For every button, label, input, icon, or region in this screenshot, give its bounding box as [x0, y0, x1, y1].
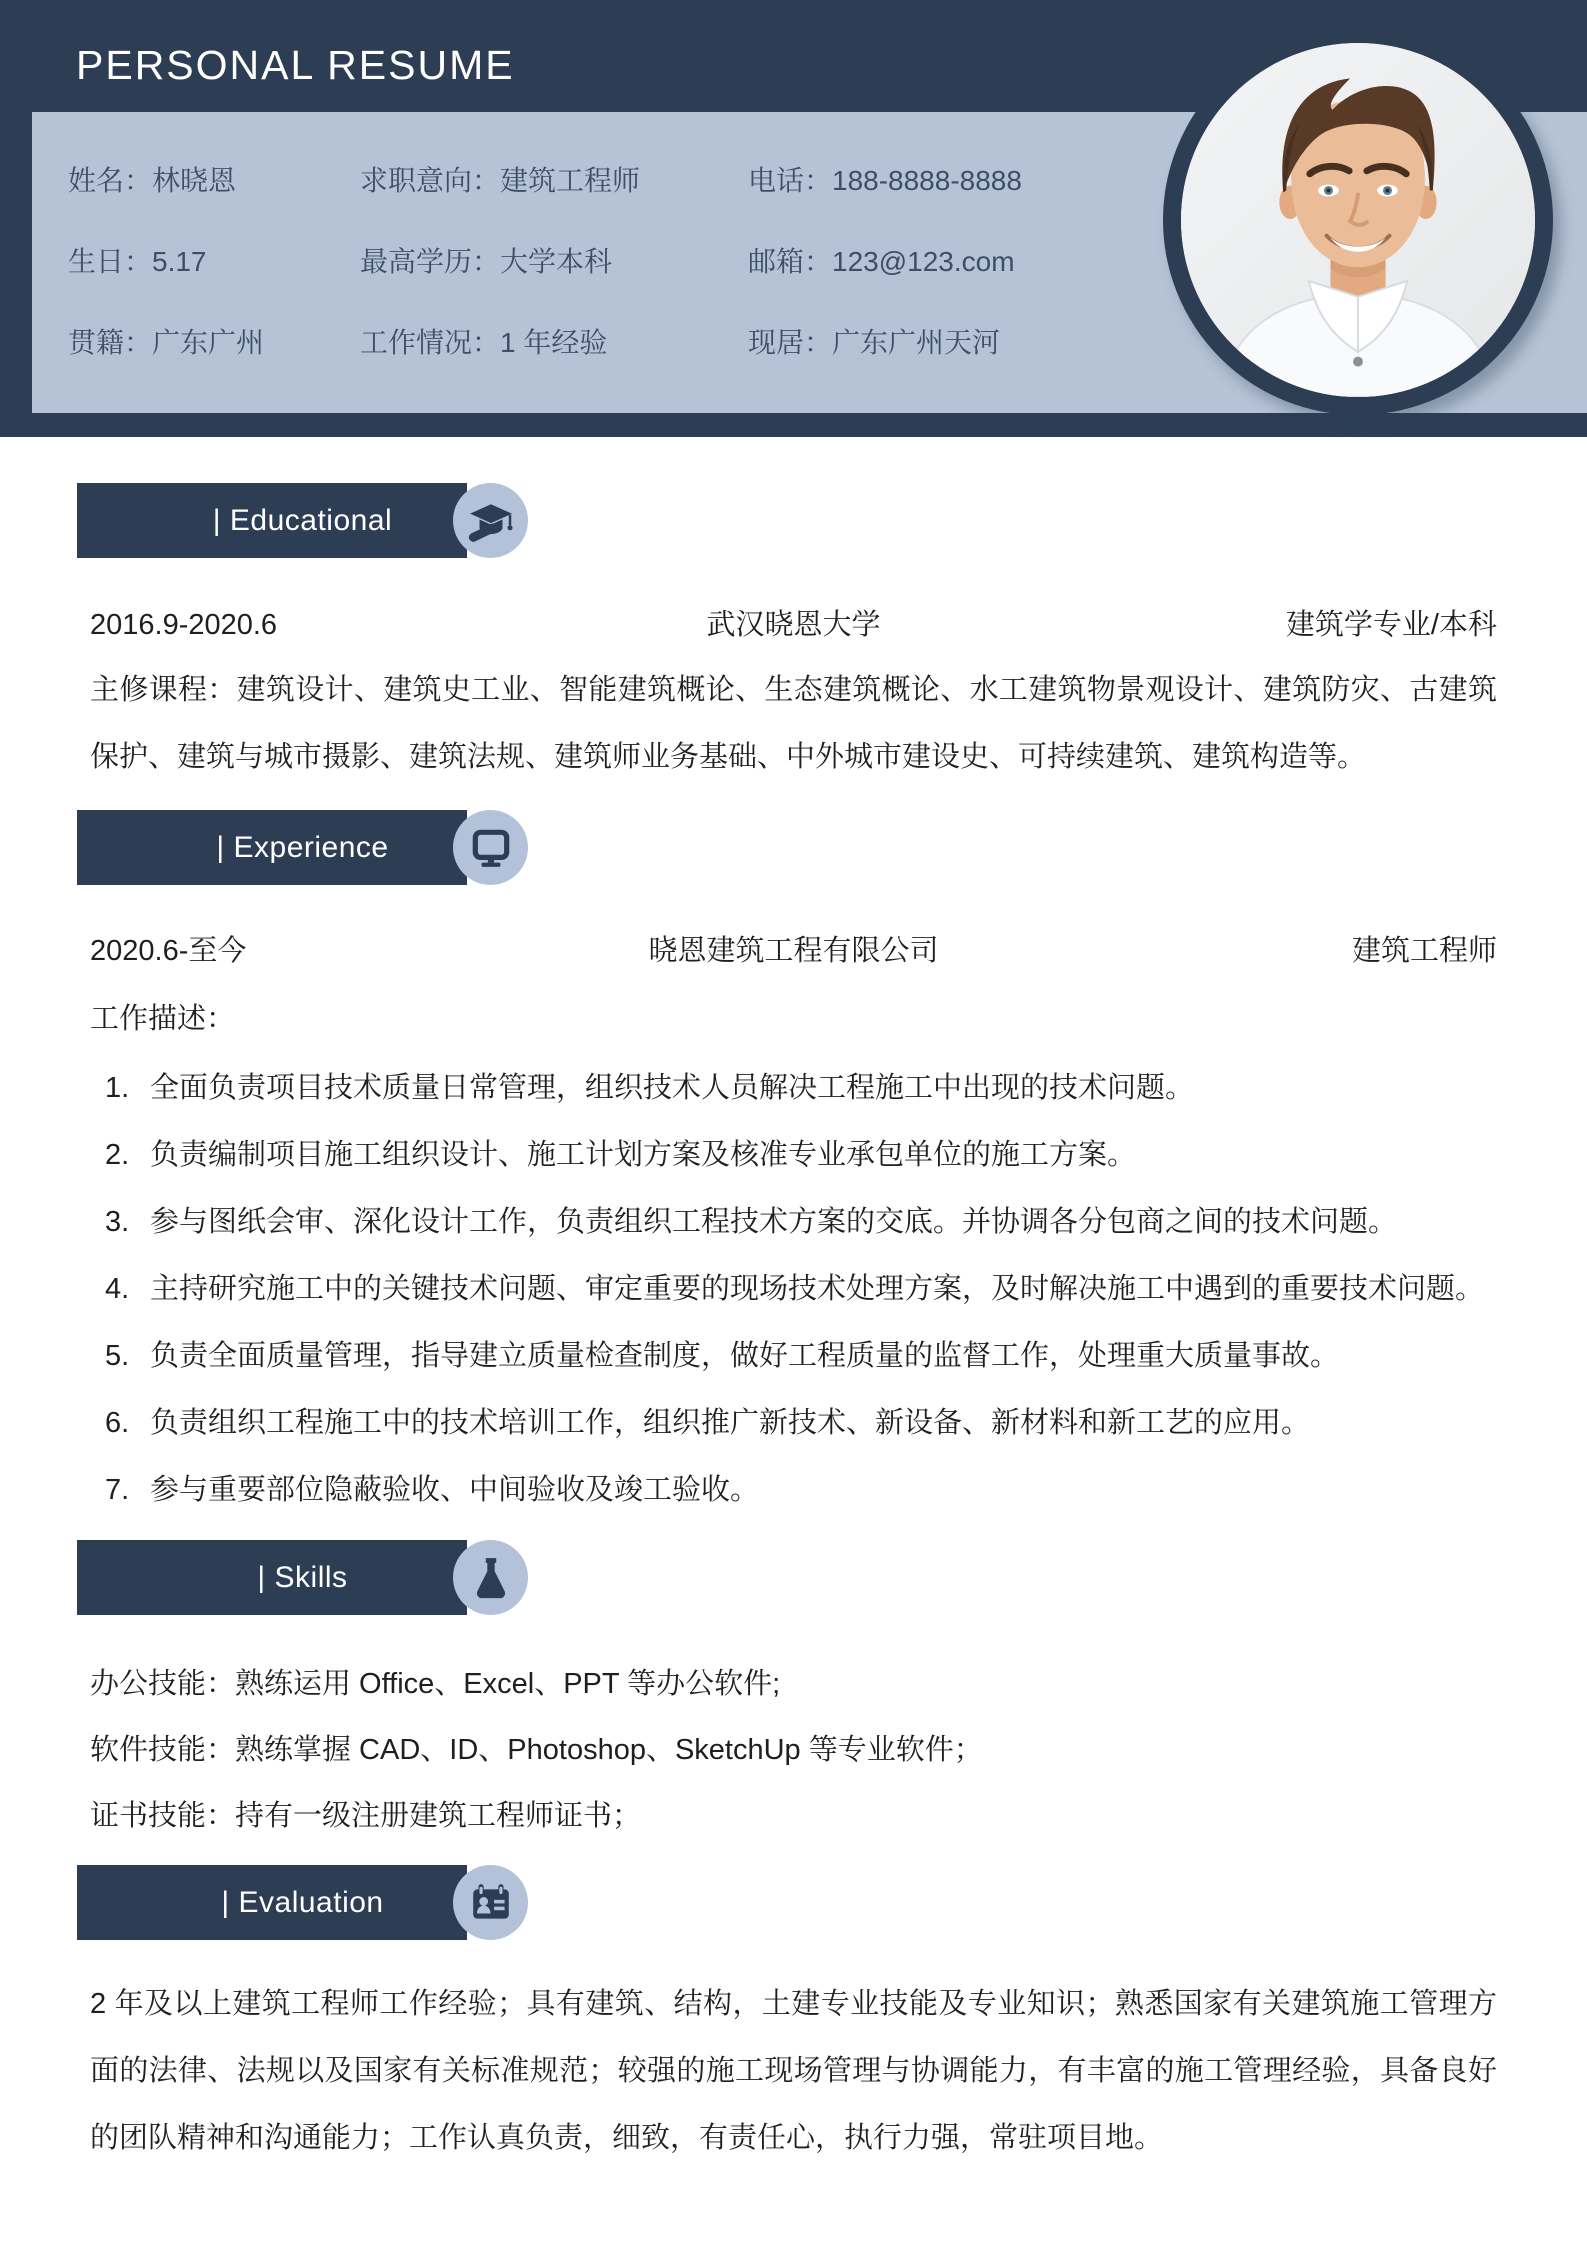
- page-title: PERSONAL RESUME: [76, 42, 515, 89]
- item-text: 负责编制项目施工组织设计、施工计划方案及核准专业承包单位的施工方案。: [150, 1122, 1497, 1189]
- experience-item-list: 1. 全面负责项目技术质量日常管理，组织技术人员解决工程施工中出现的技术问题。 …: [90, 1055, 1497, 1524]
- edu-major: 建筑学专业/本科: [1033, 610, 1497, 640]
- info-work-status: 工作情况：1 年经验: [360, 321, 748, 361]
- item-number: 2.: [105, 1122, 150, 1189]
- exp-company: 晓恩建筑工程有限公司: [554, 936, 1032, 966]
- item-number: 6.: [105, 1390, 150, 1457]
- item-text: 主持研究施工中的关键技术问题、审定重要的现场技术处理方案，及时解决施工中遇到的重…: [150, 1256, 1497, 1323]
- evaluation-text: 2 年及以上建筑工程师工作经验；具有建筑、结构，土建专业技能及专业知识；熟悉国家…: [90, 1971, 1497, 2172]
- edu-school: 武汉晓恩大学: [554, 610, 1032, 640]
- experience-item: 5. 负责全面质量管理，指导建立质量检查制度，做好工程质量的监督工作，处理重大质…: [90, 1323, 1497, 1390]
- skill-software: 软件技能：熟练掌握 CAD、ID、Photoshop、SketchUp 等专业软…: [90, 1717, 1497, 1783]
- section-banner-evaluation: | Evaluation: [77, 1865, 528, 1940]
- section-title: | Evaluation: [77, 1865, 528, 1940]
- experience-entry: 2020.6-至今 晓恩建筑工程有限公司 建筑工程师: [90, 936, 1497, 966]
- experience-item: 1. 全面负责项目技术质量日常管理，组织技术人员解决工程施工中出现的技术问题。: [90, 1055, 1497, 1122]
- item-text: 负责全面质量管理，指导建立质量检查制度，做好工程质量的监督工作，处理重大质量事故…: [150, 1323, 1497, 1390]
- item-text: 参与重要部位隐蔽验收、中间验收及竣工验收。: [150, 1457, 1497, 1524]
- info-name: 姓名：林晓恩: [68, 159, 360, 199]
- info-birthday: 生日：5.17: [68, 240, 360, 280]
- experience-item: 7. 参与重要部位隐蔽验收、中间验收及竣工验收。: [90, 1457, 1497, 1524]
- edu-period: 2016.9-2020.6: [90, 610, 554, 640]
- education-entry: 2016.9-2020.6 武汉晓恩大学 建筑学专业/本科: [90, 610, 1497, 640]
- work-desc-label: 工作描述：: [90, 1004, 1497, 1034]
- exp-period: 2020.6-至今: [90, 936, 554, 966]
- section-banner-skills: | Skills: [77, 1540, 528, 1615]
- item-number: 5.: [105, 1323, 150, 1390]
- item-number: 7.: [105, 1457, 150, 1524]
- item-number: 4.: [105, 1256, 150, 1323]
- section-banner-experience: | Experience: [77, 810, 528, 885]
- item-text: 参与图纸会审、深化设计工作，负责组织工程技术方案的交底。并协调各分包商之间的技术…: [150, 1189, 1497, 1256]
- header: PERSONAL RESUME 姓名：林晓恩 求职意向：建筑工程师 电话：188…: [0, 0, 1587, 437]
- resume-body: | Educational 2016.9-2020.6 武汉晓恩大学 建筑学专业…: [0, 483, 1587, 2172]
- experience-item: 3. 参与图纸会审、深化设计工作，负责组织工程技术方案的交底。并协调各分包商之间…: [90, 1189, 1497, 1256]
- avatar-illustration: [1181, 43, 1535, 397]
- experience-item: 6. 负责组织工程施工中的技术培训工作，组织推广新技术、新设备、新材料和新工艺的…: [90, 1390, 1497, 1457]
- item-number: 3.: [105, 1189, 150, 1256]
- exp-position: 建筑工程师: [1033, 936, 1497, 966]
- section-title: | Skills: [77, 1540, 528, 1615]
- experience-item: 4. 主持研究施工中的关键技术问题、审定重要的现场技术处理方案，及时解决施工中遇…: [90, 1256, 1497, 1323]
- item-text: 负责组织工程施工中的技术培训工作，组织推广新技术、新设备、新材料和新工艺的应用。: [150, 1390, 1497, 1457]
- section-title: | Experience: [77, 810, 528, 885]
- info-hometown: 贯籍：广东广州: [68, 321, 360, 361]
- info-objective: 求职意向：建筑工程师: [360, 159, 748, 199]
- section-banner-educational: | Educational: [77, 483, 528, 558]
- skill-certificate: 证书技能：持有一级注册建筑工程师证书；: [90, 1783, 1497, 1849]
- edu-courses: 主修课程：建筑设计、建筑史工业、智能建筑概论、生态建筑概论、水工建筑物景观设计、…: [90, 657, 1497, 791]
- resume-page: PERSONAL RESUME 姓名：林晓恩 求职意向：建筑工程师 电话：188…: [0, 0, 1587, 2245]
- experience-item: 2. 负责编制项目施工组织设计、施工计划方案及核准专业承包单位的施工方案。: [90, 1122, 1497, 1189]
- info-education: 最高学历：大学本科: [360, 240, 748, 280]
- item-text: 全面负责项目技术质量日常管理，组织技术人员解决工程施工中出现的技术问题。: [150, 1055, 1497, 1122]
- skill-office: 办公技能：熟练运用 Office、Excel、PPT 等办公软件;: [90, 1651, 1497, 1717]
- profile-photo: [1163, 25, 1553, 415]
- skills-list: 办公技能：熟练运用 Office、Excel、PPT 等办公软件; 软件技能：熟…: [90, 1651, 1497, 1849]
- item-number: 1.: [105, 1055, 150, 1122]
- section-title: | Educational: [77, 483, 528, 558]
